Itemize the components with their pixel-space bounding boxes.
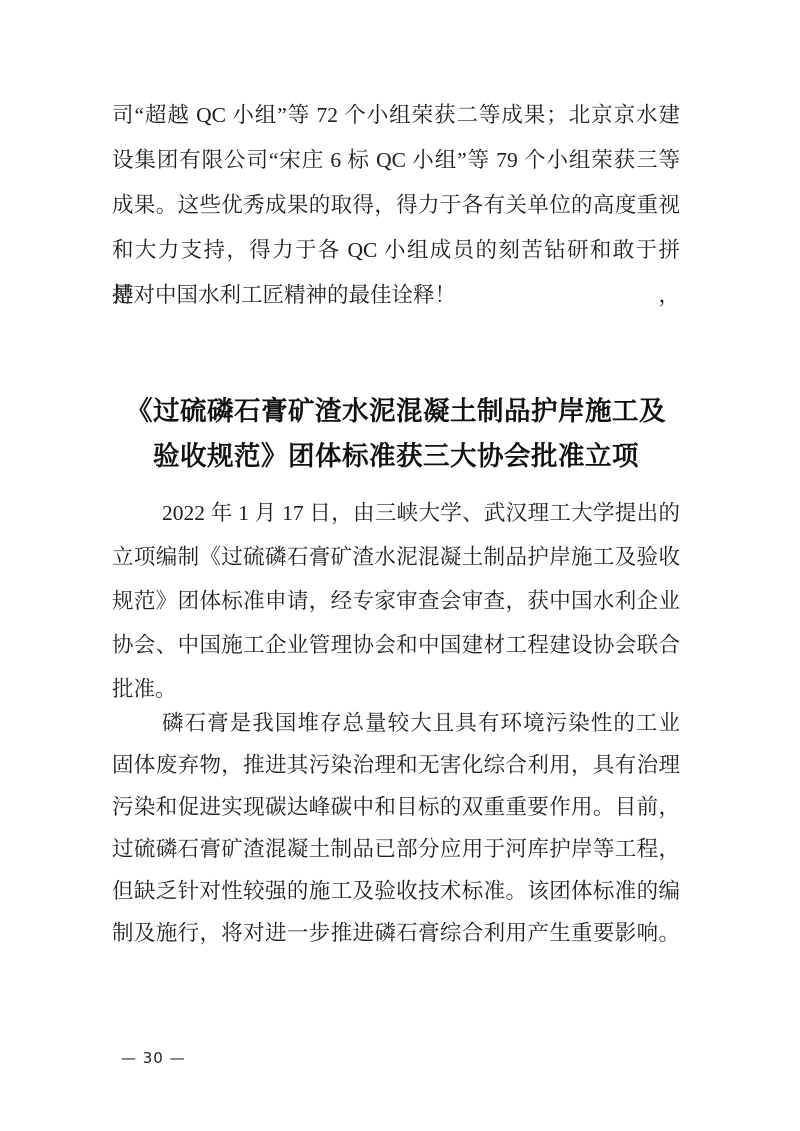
text-line: 立项编制《过硫磷石膏矿渣水泥混凝土制品护岸施工及验收: [112, 535, 680, 579]
text-line: 固体废弃物，推进其污染治理和无害化综合利用，具有治理: [112, 744, 680, 786]
text-line: 成果。这些优秀成果的取得，得力于各有关单位的高度重视: [112, 183, 680, 228]
text-line: 磷石膏是我国堆存总量较大且具有环境污染性的工业: [112, 702, 680, 744]
text-line: 污染和促进实现碳达峰碳中和目标的双重重要作用。目前，: [112, 786, 680, 828]
text-line: 规范》团体标准申请，经专家审查会审查，获中国水利企业: [112, 579, 680, 623]
paragraph-approval: 2022 年 1 月 17 日，由三峡大学、武汉理工大学提出的 立项编制《过硫磷…: [112, 491, 680, 711]
paragraph-phosphogypsum: 磷石膏是我国堆存总量较大且具有环境污染性的工业 固体废弃物，推进其污染治理和无害…: [112, 702, 680, 954]
text-line: 制及施行，将对进一步推进磷石膏综合利用产生重要影响。: [112, 912, 680, 954]
text-line: 但缺乏针对性较强的施工及验收技术标准。该团体标准的编: [112, 870, 680, 912]
text-line: 过硫磷石膏矿渣混凝土制品已部分应用于河库护岸等工程，: [112, 828, 680, 870]
document-page: 司“超越 QC 小组”等 72 个小组荣获二等成果；北京京水建 设集团有限公司“…: [0, 0, 800, 1131]
article-title-line: 验收规范》团体标准获三大协会批准立项: [112, 434, 680, 479]
page-number: — 30 —: [121, 1049, 186, 1067]
text-line: 2022 年 1 月 17 日，由三峡大学、武汉理工大学提出的: [112, 491, 680, 535]
text-line: 和大力支持，得力于各 QC 小组成员的刻苦钻研和敢于拼搏，: [112, 228, 680, 273]
text-line: 设集团有限公司“宋庄 6 标 QC 小组”等 79 个小组荣获三等: [112, 138, 680, 183]
text-line: 司“超越 QC 小组”等 72 个小组荣获二等成果；北京京水建: [112, 93, 680, 138]
paragraph-qc-results: 司“超越 QC 小组”等 72 个小组荣获二等成果；北京京水建 设集团有限公司“…: [112, 93, 680, 318]
article-title-line: 《过硫磷石膏矿渣水泥混凝土制品护岸施工及: [112, 389, 680, 434]
text-line: 协会、中国施工企业管理协会和中国建材工程建设协会联合: [112, 623, 680, 667]
article-title: 《过硫磷石膏矿渣水泥混凝土制品护岸施工及 验收规范》团体标准获三大协会批准立项: [112, 389, 680, 479]
